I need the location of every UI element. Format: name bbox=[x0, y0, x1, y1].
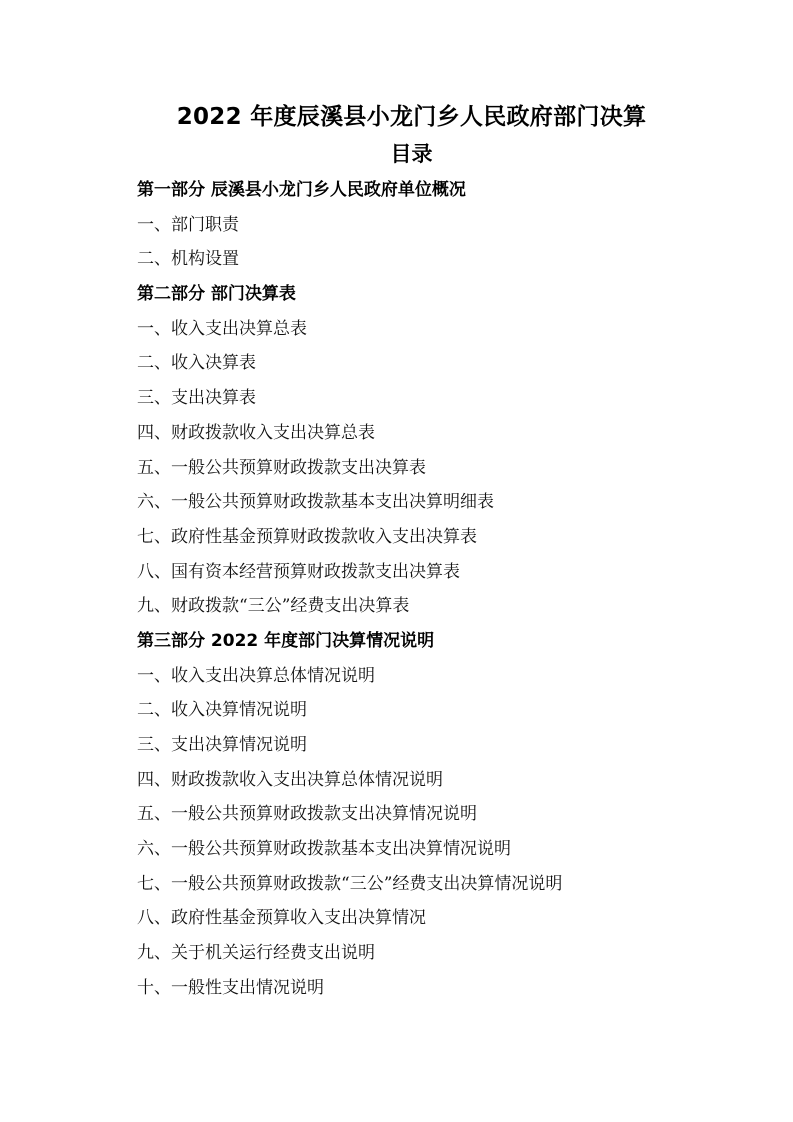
toc-part2-item[interactable]: 八、国有资本经营预算财政拨款支出决算表 bbox=[137, 555, 737, 590]
toc-part3-item[interactable]: 六、一般公共预算财政拨款基本支出决算情况说明 bbox=[137, 832, 737, 867]
table-of-contents: 第一部分 辰溪县小龙门乡人民政府单位概况 一、部门职责 二、机构设置 第二部分 … bbox=[137, 173, 737, 1006]
toc-heading: 目录 bbox=[0, 139, 793, 169]
toc-part2-item[interactable]: 二、收入决算表 bbox=[137, 346, 737, 381]
toc-part1-item[interactable]: 二、机构设置 bbox=[137, 242, 737, 277]
toc-part3-item[interactable]: 十、一般性支出情况说明 bbox=[137, 971, 737, 1006]
toc-part3-item[interactable]: 七、一般公共预算财政拨款“三公”经费支出决算情况说明 bbox=[137, 867, 737, 902]
toc-part2-item[interactable]: 一、收入支出决算总表 bbox=[137, 312, 737, 347]
toc-part3-item[interactable]: 九、关于机关运行经费支出说明 bbox=[137, 936, 737, 971]
toc-part2-item[interactable]: 六、一般公共预算财政拨款基本支出决算明细表 bbox=[137, 485, 737, 520]
toc-part2-item[interactable]: 七、政府性基金预算财政拨款收入支出决算表 bbox=[137, 520, 737, 555]
toc-part1-item[interactable]: 一、部门职责 bbox=[137, 208, 737, 243]
toc-part3-item[interactable]: 八、政府性基金预算收入支出决算情况 bbox=[137, 901, 737, 936]
toc-part2-item[interactable]: 五、一般公共预算财政拨款支出决算表 bbox=[137, 451, 737, 486]
toc-part2-item[interactable]: 三、支出决算表 bbox=[137, 381, 737, 416]
toc-part3-heading[interactable]: 第三部分 2022 年度部门决算情况说明 bbox=[137, 624, 737, 659]
toc-part3-item[interactable]: 一、收入支出决算总体情况说明 bbox=[137, 659, 737, 694]
toc-part3-item[interactable]: 五、一般公共预算财政拨款支出决算情况说明 bbox=[137, 797, 737, 832]
toc-part2-item[interactable]: 四、财政拨款收入支出决算总表 bbox=[137, 416, 737, 451]
toc-part3-item[interactable]: 三、支出决算情况说明 bbox=[137, 728, 737, 763]
toc-part2-heading[interactable]: 第二部分 部门决算表 bbox=[137, 277, 737, 312]
document-title: 2022 年度辰溪县小龙门乡人民政府部门决算 bbox=[0, 101, 793, 133]
toc-part1-heading[interactable]: 第一部分 辰溪县小龙门乡人民政府单位概况 bbox=[137, 173, 737, 208]
toc-part2-item[interactable]: 九、财政拨款“三公”经费支出决算表 bbox=[137, 589, 737, 624]
toc-part3-item[interactable]: 二、收入决算情况说明 bbox=[137, 693, 737, 728]
toc-part3-item[interactable]: 四、财政拨款收入支出决算总体情况说明 bbox=[137, 763, 737, 798]
document-page: 2022 年度辰溪县小龙门乡人民政府部门决算 目录 第一部分 辰溪县小龙门乡人民… bbox=[0, 0, 793, 1122]
